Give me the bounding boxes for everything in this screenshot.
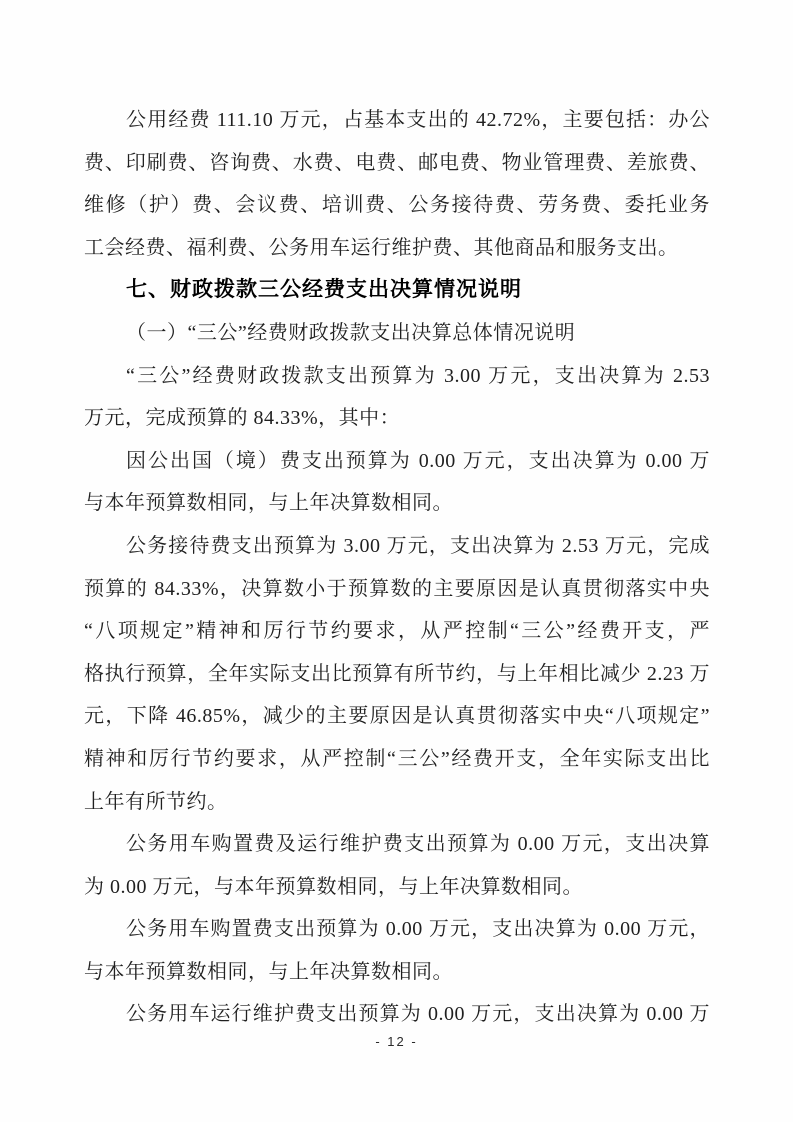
- text-line: 为 0.00 万元，与本年预算数相同，与上年决算数相同。: [84, 866, 710, 909]
- text-line: 预算的 84.33%，决算数小于预算数的主要原因是认真贯彻落实中央: [84, 568, 710, 611]
- text-line: 费、印刷费、咨询费、水费、电费、邮电费、物业管理费、差旅费、: [84, 142, 710, 185]
- text-line: （一）“三公”经费财政拨款支出决算总体情况说明: [84, 312, 710, 355]
- subheading-seven-one: （一）“三公”经费财政拨款支出决算总体情况说明: [84, 312, 710, 355]
- text-line: 精神和厉行节约要求，从严控制“三公”经费开支，全年实际支出比: [84, 738, 710, 781]
- text-line: 格执行预算，全年实际支出比预算有所节约，与上年相比减少 2.23 万: [84, 653, 710, 696]
- para-public-funds: 公用经费 111.10 万元，占基本支出的 42.72%，主要包括：办公费、印刷…: [84, 99, 710, 269]
- page-footer: - 12 -: [0, 1034, 793, 1062]
- text-line: 与本年预算数相同，与上年决算数相同。: [84, 951, 710, 994]
- para-overseas-trips: 因公出国（境）费支出预算为 0.00 万元，支出决算为 0.00 万元，与本年预…: [84, 440, 710, 525]
- text-line: 维修（护）费、会议费、培训费、公务接待费、劳务费、委托业务费、: [84, 184, 710, 227]
- text-line: 公务用车购置费及运行维护费支出预算为 0.00 万元，支出决算: [84, 823, 710, 866]
- para-official-reception: 公务接待费支出预算为 3.00 万元，支出决算为 2.53 万元，完成预算的 8…: [84, 525, 710, 823]
- para-vehicle-purchase: 公务用车购置费支出预算为 0.00 万元，支出决算为 0.00 万元，与本年预算…: [84, 908, 710, 993]
- text-line: 七、财政拨款三公经费支出决算情况说明: [84, 269, 710, 312]
- text-line: 公务接待费支出预算为 3.00 万元，支出决算为 2.53 万元，完成: [84, 525, 710, 568]
- text-line: 工会经费、福利费、公务用车运行维护费、其他商品和服务支出。: [84, 227, 710, 270]
- document-page: 公用经费 111.10 万元，占基本支出的 42.72%，主要包括：办公费、印刷…: [0, 0, 793, 1122]
- text-line: 公用经费 111.10 万元，占基本支出的 42.72%，主要包括：办公: [84, 99, 710, 142]
- text-line: 公务用车运行维护费支出预算为 0.00 万元，支出决算为 0.00 万: [84, 993, 710, 1036]
- document-body: 公用经费 111.10 万元，占基本支出的 42.72%，主要包括：办公费、印刷…: [84, 99, 710, 1036]
- text-line: 万元，完成预算的 84.33%，其中：: [84, 397, 710, 440]
- text-line: “八项规定”精神和厉行节约要求，从严控制“三公”经费开支，严: [84, 610, 710, 653]
- para-sangong-total: “三公”经费财政拨款支出预算为 3.00 万元，支出决算为 2.53万元，完成预…: [84, 355, 710, 440]
- page-number: - 12 -: [375, 1034, 417, 1049]
- text-line: “三公”经费财政拨款支出预算为 3.00 万元，支出决算为 2.53: [84, 355, 710, 398]
- para-vehicle-purchase-and-maintenance: 公务用车购置费及运行维护费支出预算为 0.00 万元，支出决算为 0.00 万元…: [84, 823, 710, 908]
- text-line: 与本年预算数相同，与上年决算数相同。: [84, 482, 710, 525]
- heading-section-seven: 七、财政拨款三公经费支出决算情况说明: [84, 269, 710, 312]
- text-line: 元，下降 46.85%，减少的主要原因是认真贯彻落实中央“八项规定”: [84, 695, 710, 738]
- text-line: 公务用车购置费支出预算为 0.00 万元，支出决算为 0.00 万元，: [84, 908, 710, 951]
- text-line: 因公出国（境）费支出预算为 0.00 万元，支出决算为 0.00 万元，: [84, 440, 710, 483]
- text-line: 上年有所节约。: [84, 781, 710, 824]
- para-vehicle-maintenance: 公务用车运行维护费支出预算为 0.00 万元，支出决算为 0.00 万: [84, 993, 710, 1036]
